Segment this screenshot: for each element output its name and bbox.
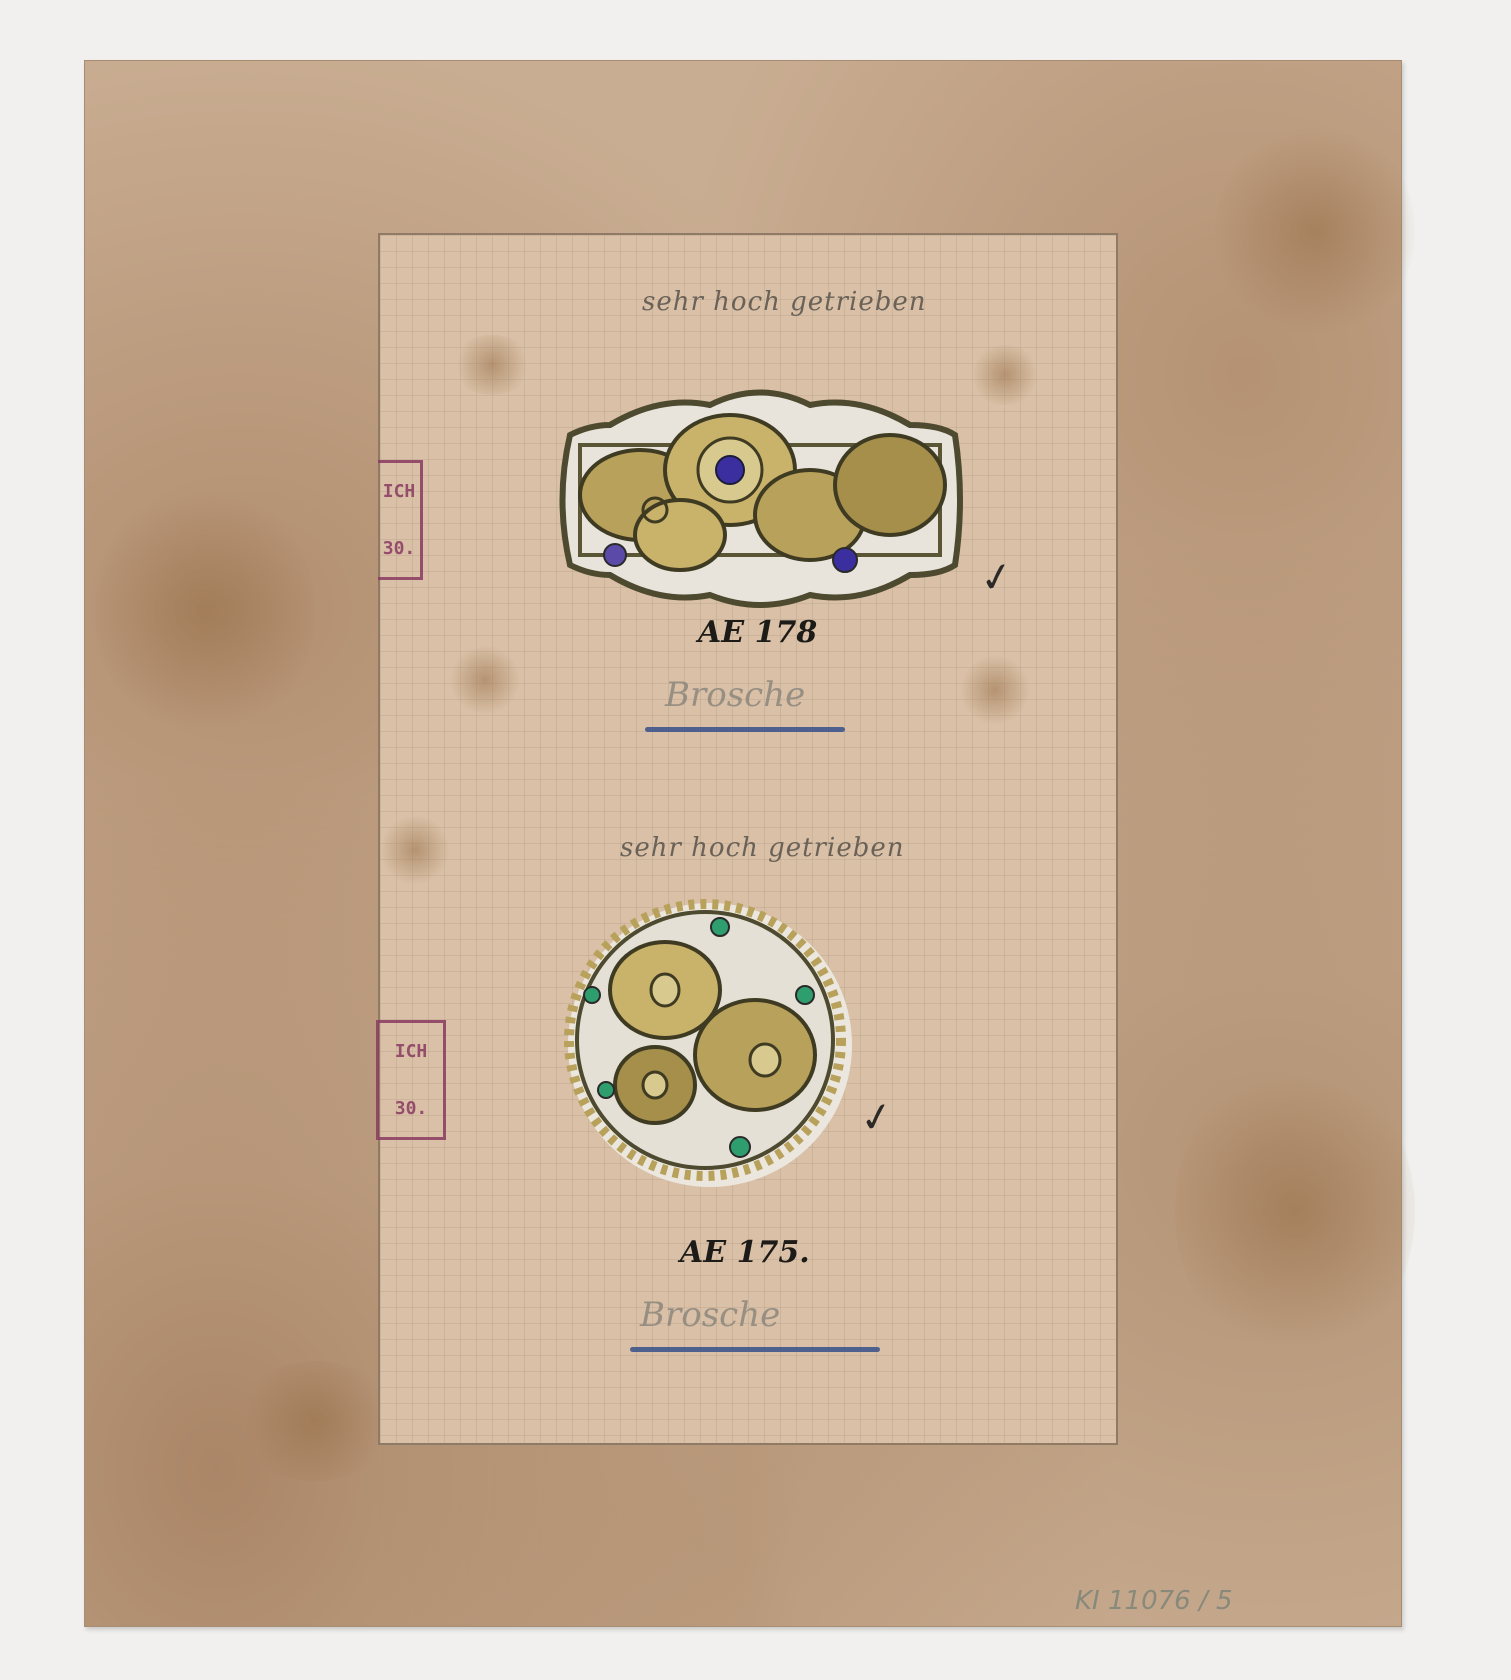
inventory-number: KI 11076 / 5 (1075, 1586, 1233, 1616)
stain (95, 481, 315, 741)
stain (450, 645, 520, 715)
design-sheet: sehr hoch getrieben ✓ AE 178 Brosche seh… (378, 233, 1118, 1445)
design-1-number: AE 178 (698, 615, 817, 650)
design-2-underline (630, 1347, 880, 1352)
stamp-bottom-text: 30. (395, 1098, 428, 1119)
design-2-label: Brosche (640, 1295, 780, 1335)
design-1-underline (645, 727, 845, 732)
stain (235, 1361, 395, 1481)
design-1-label: Brosche (665, 675, 805, 715)
stamp-top-text: ICH (395, 1041, 428, 1062)
stamp-top-text: ICH (383, 481, 416, 502)
design-2-number: AE 175. (680, 1235, 810, 1270)
stain (970, 345, 1040, 405)
stain (452, 335, 532, 395)
archive-stamp: ICH 30. (378, 460, 423, 580)
archive-stamp: ICH 30. (376, 1020, 446, 1140)
stain (380, 815, 450, 885)
stamp-bottom-text: 30. (383, 538, 416, 559)
stain (1175, 1061, 1415, 1361)
stain (960, 655, 1030, 725)
check-mark: ✓ (976, 552, 1017, 603)
stain (1215, 121, 1415, 341)
brooch-1-illustration (550, 385, 970, 615)
design-2-note: sehr hoch getrieben (620, 833, 905, 863)
design-1-note: sehr hoch getrieben (642, 287, 927, 317)
brooch-2-illustration (560, 895, 860, 1195)
check-mark: ✓ (856, 1092, 897, 1143)
